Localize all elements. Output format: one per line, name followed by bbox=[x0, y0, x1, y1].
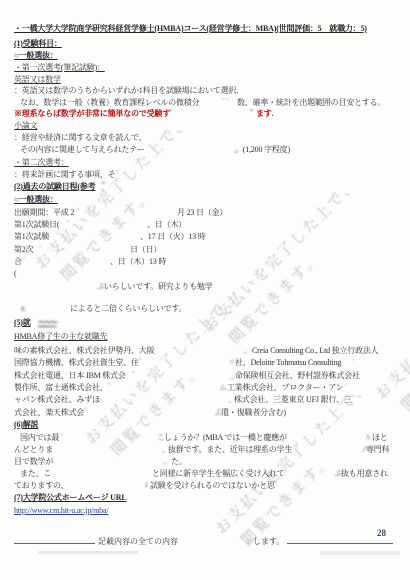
text-segment: 遣・復職者分含む) bbox=[221, 407, 286, 418]
obscured-text-fragment: ﾟ bbox=[67, 219, 71, 230]
obscured-text-fragment: ム bbox=[219, 382, 227, 393]
text-line: (7)大学院公式ホームページ URL bbox=[0, 492, 410, 503]
text-segment: 小論文 bbox=[14, 120, 37, 131]
text-line: 株式会社電通、日本 IBM 株式会ﾞ_命保険相互会社、野村證券株式会社 bbox=[0, 370, 410, 381]
obscured-text-fragment: ﾞ bbox=[352, 394, 356, 405]
text-segment: 命保険相互会社、野村證券株式会社 bbox=[235, 370, 360, 381]
text-line: ・第一次選考(筆記試験)： bbox=[0, 62, 410, 73]
obscured-text-fragment: - bbox=[99, 394, 101, 405]
text-line: ○一般選抜： bbox=[0, 50, 410, 61]
text-line: また、こと同様に新卒学生を幅広く受け入れてぷ抜も用意され bbox=[0, 468, 410, 479]
text-segment: (7)大学院公式ホームページ URL bbox=[14, 492, 126, 503]
text-segment: 工業株式会社、プロクター・アン bbox=[227, 382, 344, 393]
text-line: んどとりま、抜群です。また、近年は理系の学生ノ専門科 bbox=[0, 444, 410, 455]
text-segment: 社、Deloitte Tohmatsu Consulting bbox=[235, 357, 341, 368]
text-line: 第2次ﾟ日（日） bbox=[0, 244, 410, 255]
text-line: http://www.cm.hit-u.ac.jp/mba/ bbox=[0, 505, 410, 516]
text-segment: 。(1,200 字程度) bbox=[235, 144, 290, 155]
text-segment: 式会社、楽天株式会 bbox=[14, 407, 84, 418]
obscured-text-fragment: ﾞﾟ bbox=[222, 97, 230, 108]
text-segment: なお、数学は一般（教養）教育課程レベルの微積分 bbox=[20, 97, 199, 108]
text-line: 出願期間：平成 2ﾟ月 23 日（金） bbox=[0, 207, 410, 218]
obscured-text-fragment: .. bbox=[163, 456, 167, 467]
text-segment: また、こ bbox=[20, 468, 51, 479]
mba-homepage-link[interactable]: http://www.cm.hit-u.ac.jp/mba/ bbox=[14, 505, 108, 516]
obscured-text-fragment: ﾊ bbox=[366, 432, 370, 443]
text-line: なお、数学は一般（教養）教育課程レベルの微積分ﾞﾟ数、確率・統計を出題範囲の目安… bbox=[0, 97, 410, 108]
text-segment: 出願期間：平成 2 bbox=[14, 207, 74, 218]
text-segment: ○一般選抜： bbox=[14, 50, 58, 61]
text-segment: 国際協力機構、株式会社資生堂、住 bbox=[14, 357, 139, 368]
text-segment: 第1次試験日( bbox=[14, 219, 59, 230]
obscured-text-fragment: .. bbox=[244, 345, 248, 356]
text-segment: 日（日） bbox=[130, 244, 161, 255]
document-content: ・一橋大学大学院商学研究科経営学修士(HMBA)コース(経営学修士：MBA)(世… bbox=[0, 0, 410, 580]
text-line: 製作所、富士通株式会社、ﾞム工業株式会社、プロクター・アン´ bbox=[0, 382, 410, 393]
text-segment: 英語又は数学 bbox=[14, 74, 61, 85]
obscured-text-fragment: ﾞ bbox=[139, 357, 143, 368]
obscured-text-fragment: ﾞ bbox=[108, 382, 112, 393]
text-segment: いらしいです。研究よりも勉学 bbox=[104, 281, 213, 292]
text-segment: 株式会社電通、日本 IBM 株式会 bbox=[14, 370, 126, 381]
text-line: その内容に関連して与えられたテー。(1,200 字程度) bbox=[0, 144, 410, 155]
text-line: 第1次試験´、17 日（火）13 時 bbox=[0, 231, 410, 242]
text-segment: ※理系ならば数学が非常に簡単なので受験す bbox=[14, 108, 170, 119]
footer-rule-left bbox=[14, 543, 95, 544]
text-segment: (5)就 bbox=[14, 317, 31, 328]
text-line: ：将来計画に関する事項、そﾞ bbox=[0, 169, 410, 180]
text-segment: 抜群です。また、近年は理系の学生 bbox=[168, 444, 292, 455]
text-segment: ( bbox=[14, 268, 16, 279]
text-line: 味の素株式会社、株式会社伊勢丹、大阪..Creia Consulting Co.… bbox=[0, 345, 410, 356]
text-line: ※理系ならば数学が非常に簡単なので受験すﾞ゛ます. bbox=[0, 108, 410, 119]
obscured-text-fragment: ﾞ bbox=[132, 370, 136, 381]
text-segment: 合 bbox=[14, 256, 22, 267]
obscured-text-fragment: 〜〜〜 bbox=[38, 317, 56, 328]
document-page: お支払いを完了した上で、閲覧できます。お支払いを完了した上で、閲覧できます。お支… bbox=[0, 0, 410, 580]
text-segment: (2)過去の試験日程(参考 bbox=[14, 181, 95, 192]
text-segment: ：将来計画に関する事項、そ bbox=[14, 169, 115, 180]
obscured-text-fragment: ﾟ bbox=[77, 207, 81, 218]
text-segment: 、17 日（火）13 時 bbox=[140, 231, 206, 242]
text-line: 小論文 bbox=[0, 120, 410, 131]
text-segment: その内容に関連して与えられたテー bbox=[20, 144, 145, 155]
text-line: (2)過去の試験日程(参考ﾞ bbox=[0, 181, 410, 192]
text-line: ぷいらしいです。研究よりも勉学 bbox=[0, 281, 410, 292]
obscured-text-fragment: ﾟ bbox=[23, 256, 27, 267]
text-segment: た。 bbox=[171, 456, 187, 467]
text-line: ・第二次選考： bbox=[0, 157, 410, 168]
text-segment: ほと bbox=[372, 432, 388, 443]
text-line: ぁによると二倍くらいらしいです。 bbox=[0, 303, 410, 314]
text-line: ( bbox=[0, 268, 410, 279]
text-segment: 数、確率・統計を出題範囲の目安とする。 bbox=[237, 97, 385, 108]
text-segment: 抜も用意され bbox=[341, 468, 388, 479]
text-line: (5)就〜〜〜 bbox=[0, 317, 410, 328]
text-line: ・一橋大学大学院商学研究科経営学修士(HMBA)コース(経営学修士：MBA)(世… bbox=[0, 23, 410, 34]
text-segment: 試験を受けられるのではないかと思 bbox=[150, 480, 275, 491]
text-segment: ておりますの、 bbox=[14, 480, 68, 491]
text-line: 合ﾟ、日（木）13 時 bbox=[0, 256, 410, 267]
obscured-text-fragment: ﾟ bbox=[39, 244, 43, 255]
text-line: 第1次試験日(ﾟ、日（木） bbox=[0, 219, 410, 230]
text-line: ておりますの、ﾒ試験を受けられるのではないかと思ﾞ bbox=[0, 480, 410, 491]
obscured-text-fragment: ´ bbox=[352, 357, 354, 368]
text-line: ャパン株式会社、みずほ-,株式会社、三菱東京 UFJ 銀行、三ﾞ bbox=[0, 394, 410, 405]
obscured-text-fragment: _ bbox=[230, 370, 234, 381]
obscured-text-fragment: ﾒ bbox=[144, 480, 148, 491]
obscured-text-fragment: ´ bbox=[56, 231, 58, 242]
text-line: 国内では最´こしょうか？(MBA では一橋と慶應がﾊほと bbox=[0, 432, 410, 443]
text-line: ：経営や経済に関する文章を読んで、 bbox=[0, 132, 410, 143]
footer-text-left: 記載内容の全ての内容 bbox=[98, 536, 178, 547]
text-segment: 株式会社、三菱東京 UFJ 銀行、三 bbox=[234, 394, 352, 405]
obscured-text-fragment: , bbox=[229, 394, 231, 405]
text-segment: 味の素株式会社、株式会社伊勢丹、大阪 bbox=[14, 345, 154, 356]
text-segment: (1)受験科目： bbox=[14, 38, 62, 49]
text-segment: ：英語又は数学のうちからいずれか1科目を試験場において選択. bbox=[14, 85, 238, 96]
obscured-text-fragment: ﾞ bbox=[84, 407, 88, 418]
text-segment: しょうか？(MBA では一橋と慶應が bbox=[164, 432, 287, 443]
obscured-text-fragment: ´ bbox=[60, 432, 62, 443]
text-segment: んどとりま bbox=[14, 444, 53, 455]
obscured-text-fragment: ﾞ bbox=[274, 480, 278, 491]
text-line: 式会社、楽天株式会ﾞぷ遣・復職者分含む) bbox=[0, 407, 410, 418]
text-segment: 、日（木）13 時 bbox=[110, 256, 166, 267]
text-line: HMBA修了生の主な就職先 bbox=[0, 331, 410, 342]
obscured-text-fragment: ´ bbox=[344, 382, 346, 393]
text-line: 目で数学が..た。 bbox=[0, 456, 410, 467]
text-segment: HMBA修了生の主な就職先 bbox=[14, 331, 107, 342]
text-segment: ・一橋大学大学院商学研究科経営学修士(HMBA)コース(経営学修士：MBA)(世… bbox=[14, 23, 367, 34]
obscured-text-fragment: ぁ bbox=[19, 303, 27, 314]
text-segment: 専門科 bbox=[366, 444, 389, 455]
text-segment: ます. bbox=[256, 108, 273, 119]
obscured-text-fragment: ﾞ bbox=[102, 181, 104, 192]
text-segment: ○一般選抜： bbox=[14, 194, 58, 205]
text-segment: ・第一次選考(筆記試験)： bbox=[14, 62, 105, 73]
text-segment: 月 23 日（金） bbox=[177, 207, 227, 218]
text-segment: ：経営や経済に関する文章を読んで、 bbox=[14, 132, 146, 143]
obscured-text-fragment: ﾞ bbox=[116, 169, 120, 180]
footer-rule-right bbox=[287, 543, 393, 544]
text-segment: Creia Consulting Co., Ltd 独立行政法人 bbox=[252, 345, 379, 356]
text-line: (6)解説 bbox=[0, 419, 410, 430]
text-segment: と同様に新卒学生を幅広く受け入れて bbox=[152, 468, 285, 479]
page-number: 28 bbox=[377, 528, 386, 538]
text-segment: (6)解説 bbox=[14, 419, 38, 430]
text-segment: によると二倍くらいらしいです。 bbox=[70, 303, 186, 314]
text-line: ○一般選抜： bbox=[0, 194, 410, 205]
obscured-text-fragment: ﾞ bbox=[169, 108, 173, 119]
text-segment: 製作所、富士通株式会社、 bbox=[14, 382, 108, 393]
text-line: (1)受験科目： bbox=[0, 38, 410, 49]
text-line: 英語又は数学 bbox=[0, 74, 410, 85]
text-segment: 第2次 bbox=[14, 244, 33, 255]
footer-text-right: します。 bbox=[253, 536, 284, 547]
text-line: ：英語又は数学のうちからいずれか1科目を試験場において選択. bbox=[0, 85, 410, 96]
text-segment: ・第二次選考： bbox=[14, 157, 69, 168]
text-segment: 目で数学が bbox=[14, 456, 53, 467]
text-segment: 国内では最 bbox=[20, 432, 59, 443]
text-segment: ャパン株式会社、みずほ bbox=[14, 394, 100, 405]
text-segment: 第1次試験 bbox=[14, 231, 49, 242]
text-line: 国際協力機構、株式会社資生堂、住ﾞ〃社、Deloitte Tohmatsu Co… bbox=[0, 357, 410, 368]
text-segment: 、日（木） bbox=[147, 219, 186, 230]
